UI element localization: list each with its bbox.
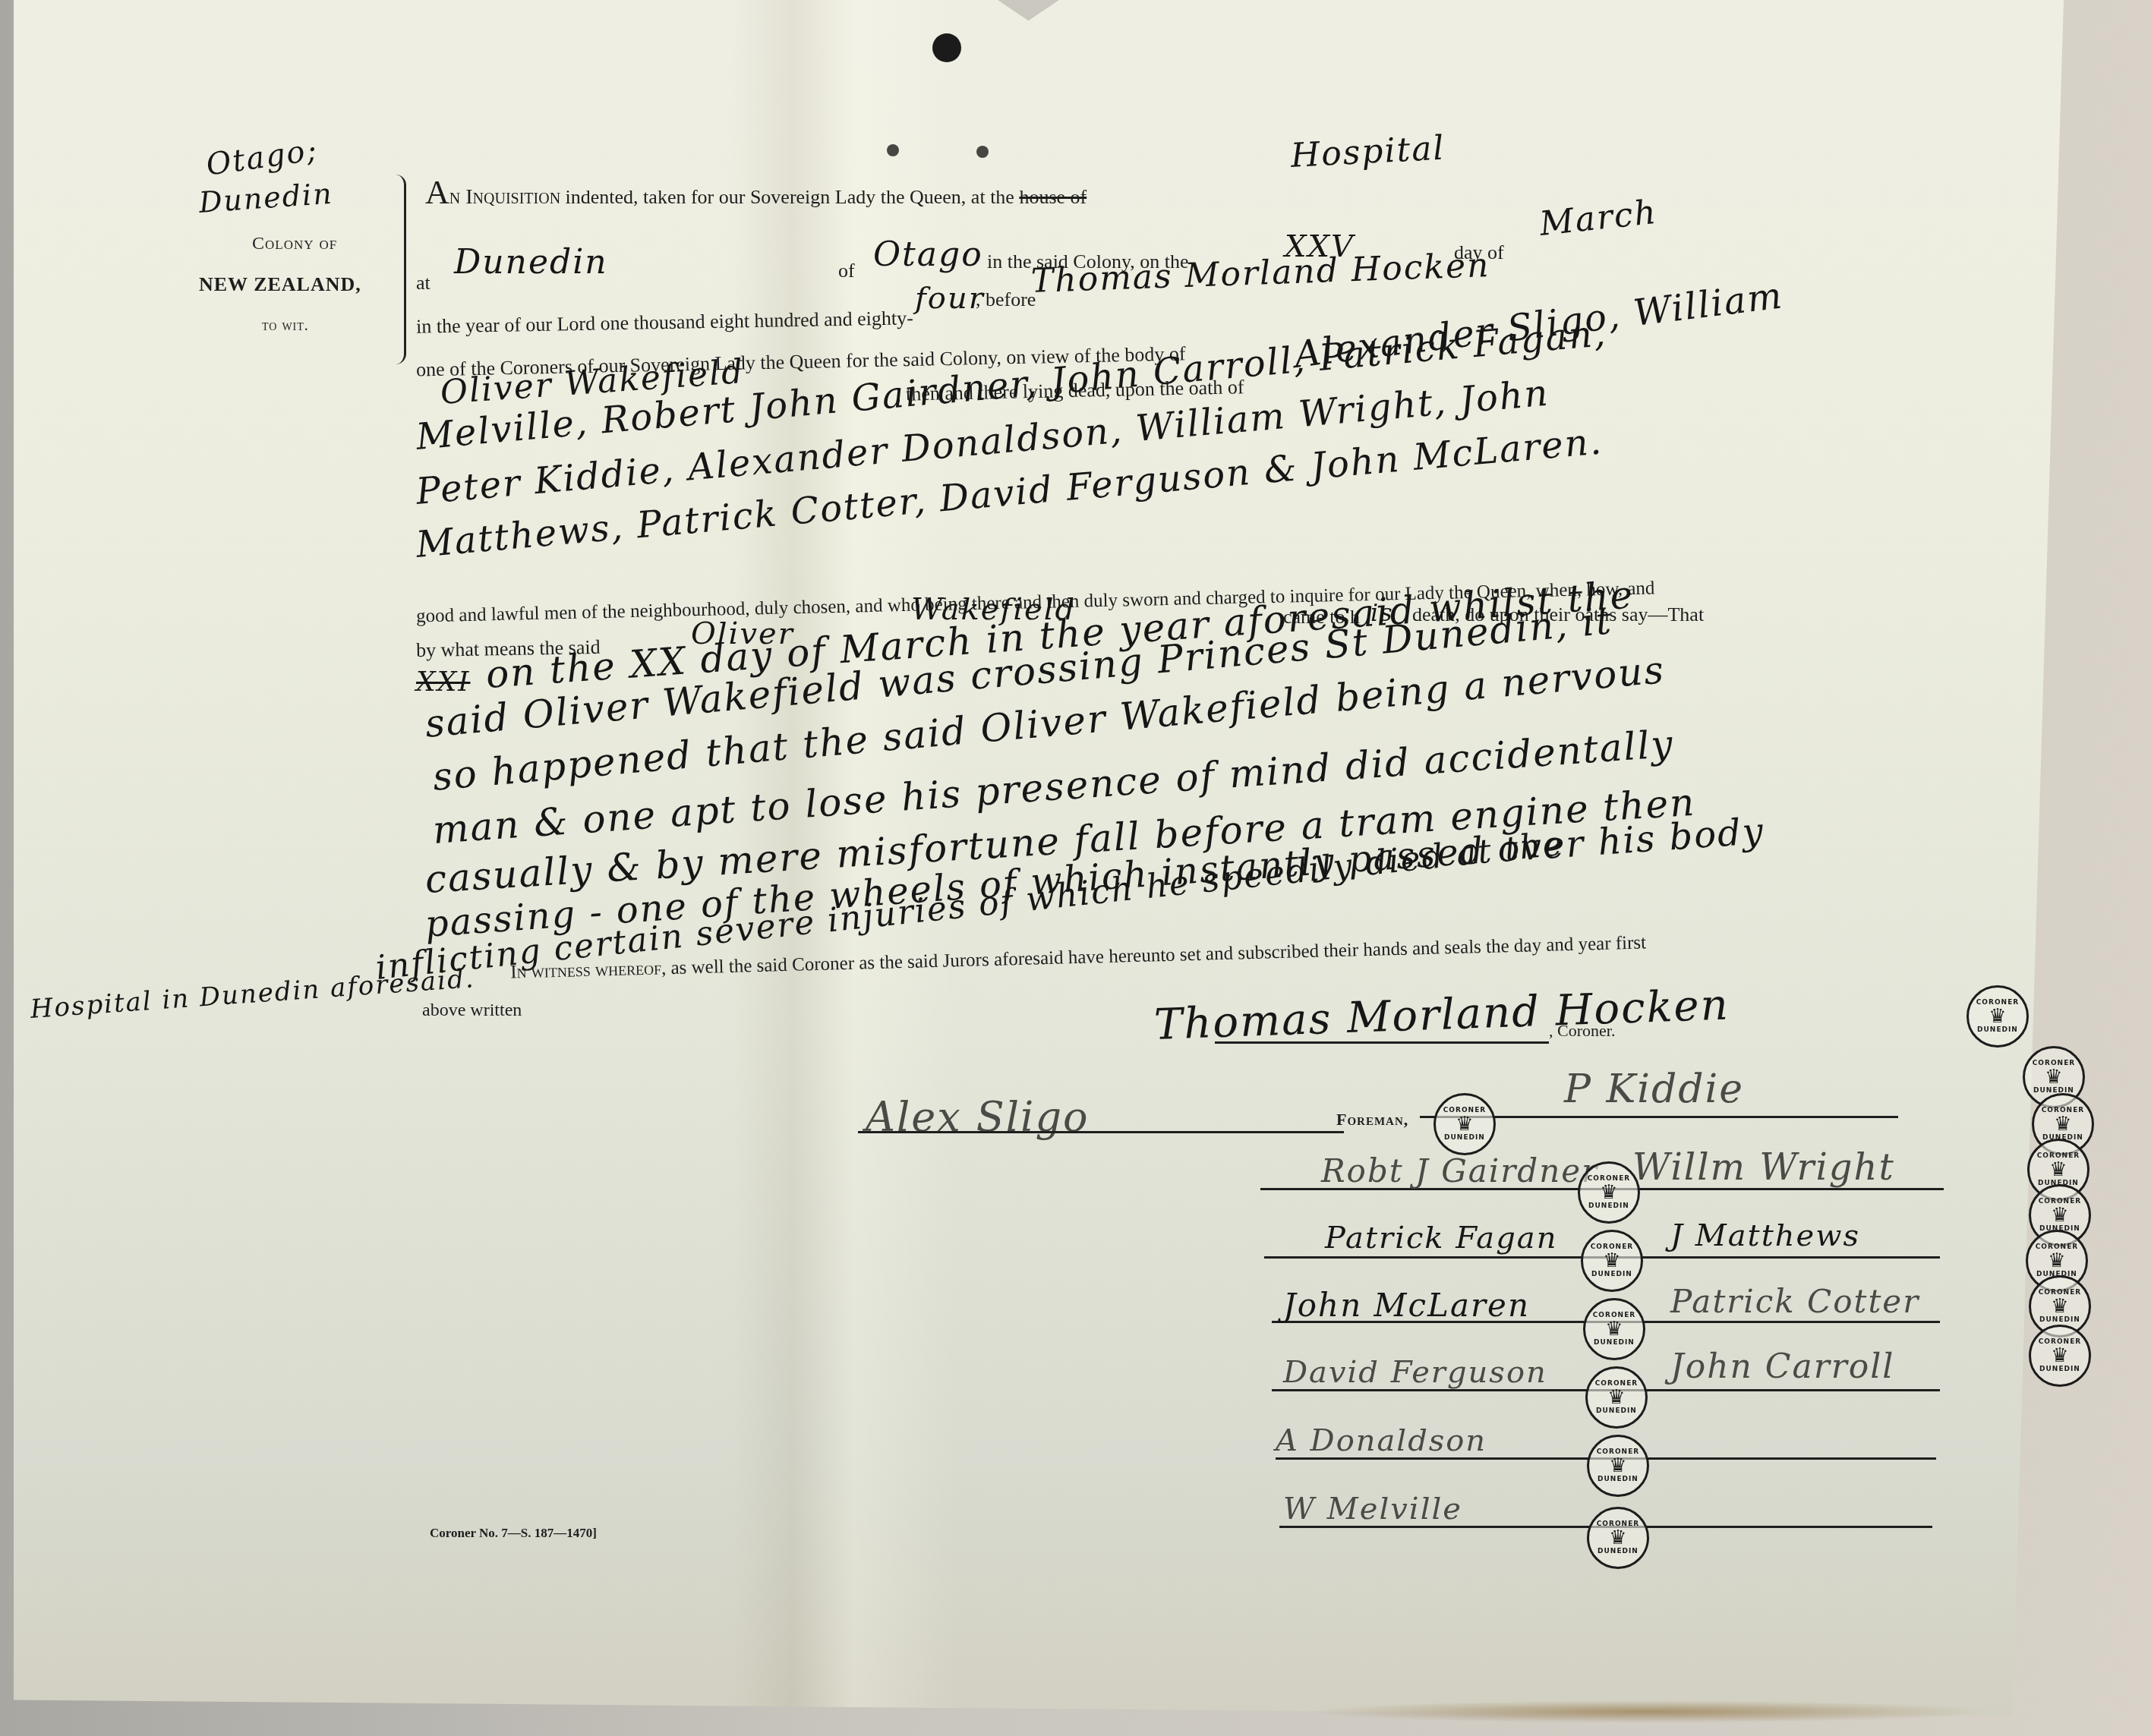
crown-icon: ♛ — [1989, 1007, 2006, 1026]
juror-seal-center: CORONER ♛ DUNEDIN — [1587, 1435, 1649, 1497]
crown-icon: ♛ — [2051, 1296, 2068, 1316]
juror-seal-center: CORONER ♛ DUNEDIN — [1578, 1161, 1640, 1224]
bracket — [389, 175, 406, 364]
crown-icon: ♛ — [1609, 1456, 1626, 1476]
juror-signature: David Ferguson — [1283, 1355, 1547, 1390]
crown-icon: ♛ — [2045, 1067, 2062, 1087]
seal-bottom-text: DUNEDIN — [1591, 1271, 1632, 1278]
seal-bottom-text: DUNEDIN — [1588, 1202, 1629, 1210]
crown-icon: ♛ — [2049, 1160, 2067, 1180]
hand-province: Otago — [873, 235, 983, 274]
seal-bottom-text: DUNEDIN — [1977, 1026, 2018, 1034]
above-written: above written — [422, 1000, 522, 1021]
crown-icon: ♛ — [1605, 1319, 1623, 1339]
juror-seal-center: CORONER ♛ DUNEDIN — [1587, 1507, 1649, 1569]
juror-seal-center: CORONER ♛ DUNEDIN — [1583, 1298, 1645, 1360]
inquisition-heading: An Inquisition indented, taken for our S… — [425, 173, 1087, 212]
struck-text: house of — [1019, 186, 1087, 208]
juror-seal-center: CORONER ♛ DUNEDIN — [1581, 1230, 1643, 1292]
crown-icon: ♛ — [2051, 1205, 2068, 1225]
foreman-signature: Alex Sligo — [866, 1093, 1089, 1141]
coroner-label: , Coroner. — [1549, 1021, 1615, 1041]
crown-icon: ♛ — [1456, 1114, 1473, 1134]
new-zealand: NEW ZEALAND, — [199, 273, 361, 296]
seal-bottom-text: DUNEDIN — [2039, 1366, 2080, 1373]
verdict-struck: XXI — [416, 660, 470, 699]
juror-signature: P Kiddie — [1564, 1066, 1744, 1112]
foreman-label: Foreman, — [1336, 1110, 1408, 1130]
coroner-seal: CORONER ♛ DUNEDIN — [1966, 985, 2029, 1048]
hand-place: Dunedin — [454, 243, 608, 282]
foreman-sign-line — [858, 1131, 1344, 1133]
coroner-sign-line — [1215, 1041, 1549, 1044]
seal-bottom-text: DUNEDIN — [1596, 1407, 1637, 1415]
form-number: Coroner No. 7—S. 187—1470] — [430, 1526, 597, 1541]
crown-icon: ♛ — [1603, 1251, 1620, 1271]
at-label: at — [416, 272, 431, 295]
foreman-seal: CORONER ♛ DUNEDIN — [1433, 1093, 1496, 1155]
water-stain — [1306, 1700, 1989, 1723]
hand-hospital: Hospital — [1290, 128, 1446, 175]
heading-text: indented, taken for our Sovereign Lady t… — [566, 186, 1014, 208]
seal-bottom-text: DUNEDIN — [1444, 1134, 1485, 1142]
crown-icon: ♛ — [1609, 1528, 1626, 1548]
crown-icon: ♛ — [1600, 1183, 1617, 1202]
before-label: , before — [976, 288, 1036, 311]
crown-icon: ♛ — [2051, 1346, 2068, 1366]
crown-icon: ♛ — [2048, 1251, 2065, 1271]
punch-hole — [932, 33, 961, 62]
colony-of: Colony of — [252, 234, 337, 254]
juror-signature: Patrick Cotter — [1670, 1283, 1919, 1320]
crown-icon: ♛ — [2054, 1114, 2071, 1134]
seal-bottom-text: DUNEDIN — [2039, 1316, 2080, 1324]
of-label: of — [838, 260, 855, 282]
crown-icon: ♛ — [1607, 1388, 1625, 1407]
juror-signature: Robt J Gairdner — [1321, 1152, 1598, 1189]
seal-bottom-text: DUNEDIN — [1597, 1548, 1638, 1555]
juror-signature: J Matthews — [1670, 1218, 1860, 1253]
juror-signature: Patrick Fagan — [1325, 1221, 1557, 1256]
juror-signature: W Melville — [1283, 1492, 1462, 1526]
punch-hole-small — [887, 144, 899, 156]
drop-cap: A — [425, 174, 449, 211]
juror-seal-right: CORONER ♛ DUNEDIN — [2029, 1325, 2091, 1387]
juror-signature: Willm Wright — [1632, 1146, 1895, 1189]
inquisition-title: n Inquisition — [449, 185, 560, 209]
struck-numeral: XXI — [416, 666, 470, 698]
juror-seal-center: CORONER ♛ DUNEDIN — [1585, 1366, 1648, 1429]
juror-signature: A Donaldson — [1276, 1423, 1487, 1458]
seal-bottom-text: DUNEDIN — [1597, 1476, 1638, 1483]
to-wit: to wit. — [262, 317, 309, 335]
juror-signature: John Carroll — [1670, 1347, 1894, 1386]
seal-bottom-text: DUNEDIN — [1594, 1339, 1635, 1347]
witness-smallcaps: In witness whereof, — [510, 958, 667, 982]
juror-signature: John McLaren — [1283, 1287, 1530, 1324]
hand-year: four — [915, 281, 985, 316]
punch-hole-small — [976, 146, 989, 158]
